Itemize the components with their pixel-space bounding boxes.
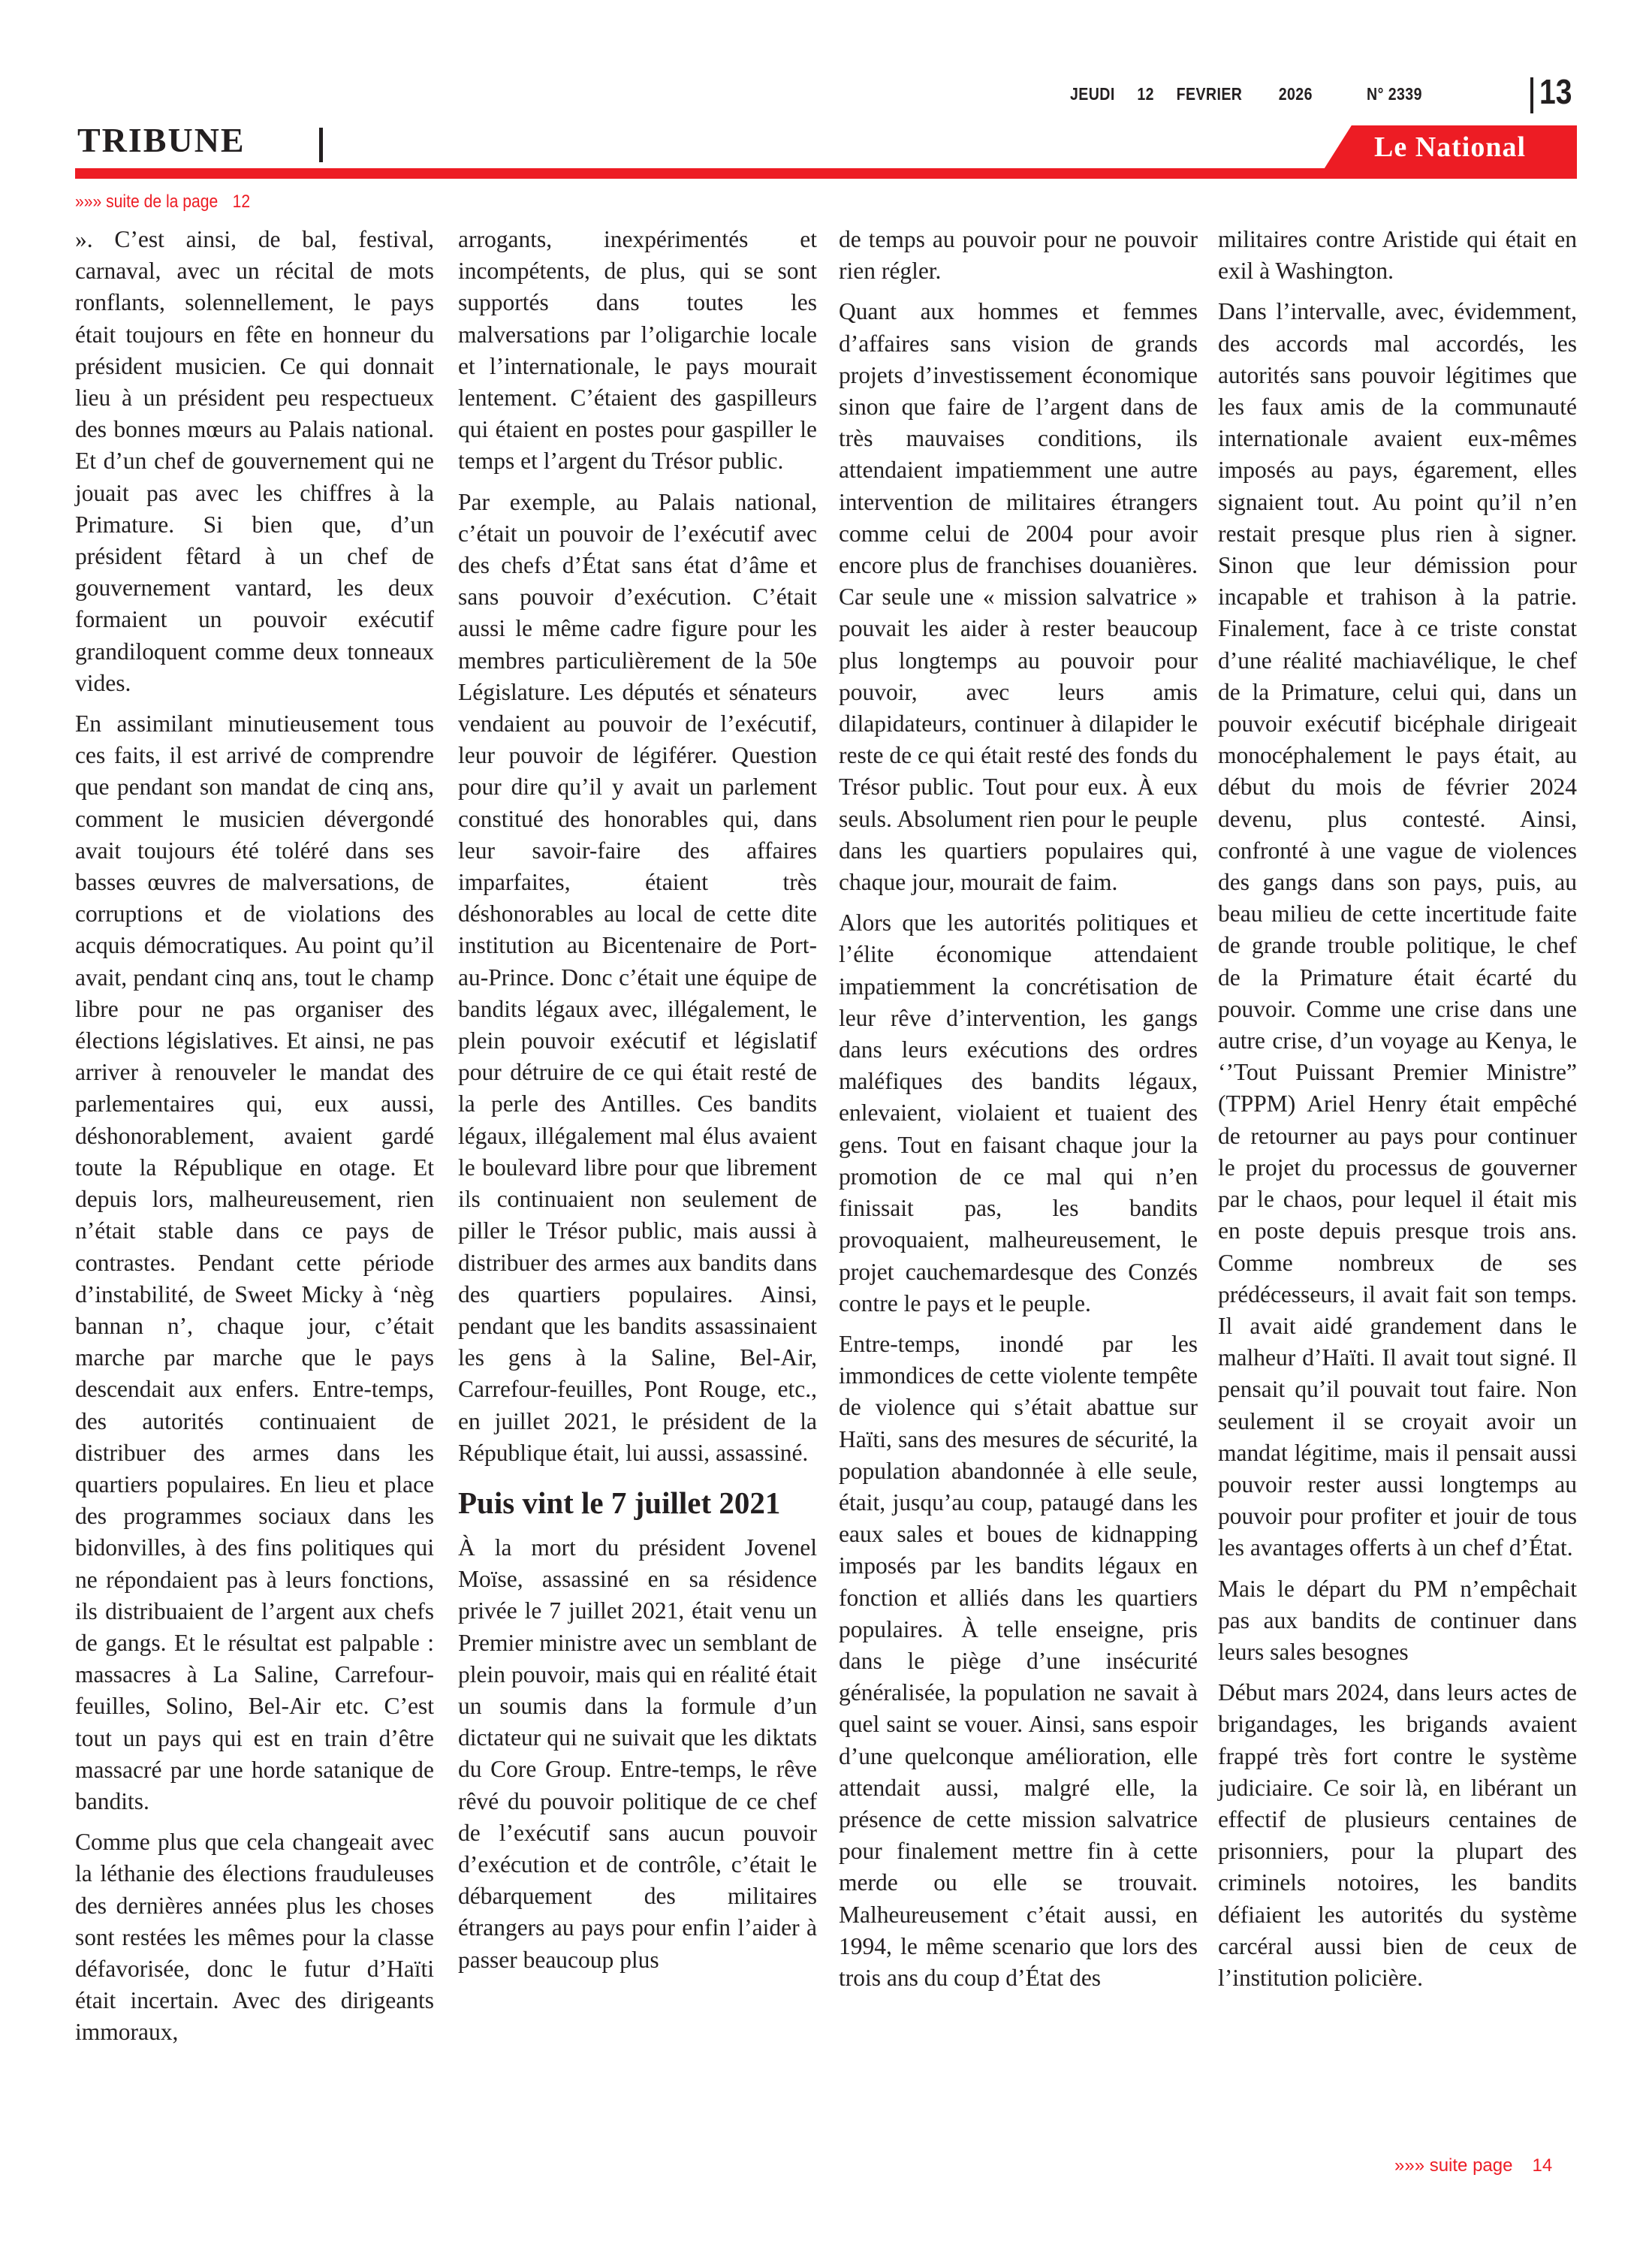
article-column-1: ». C’est ainsi, de bal, festival, carnav… bbox=[75, 224, 434, 2058]
continued-on-page: 14 bbox=[1532, 2155, 1552, 2176]
continued-from-label: »»» suite de la page bbox=[75, 192, 218, 212]
continued-on-label: »»» suite page bbox=[1394, 2155, 1512, 2176]
paragraph: ». C’est ainsi, de bal, festival, carnav… bbox=[75, 224, 434, 699]
page-number-divider bbox=[1530, 77, 1533, 113]
paragraph: Mais le départ du PM n’empêchait pas aux… bbox=[1218, 1573, 1577, 1669]
article-column-2: arrogants, inexpérimentés et incompétent… bbox=[458, 224, 817, 1985]
issue-day: JEUDI bbox=[1070, 84, 1115, 104]
article-column-4: militaires contre Aristide qui était en … bbox=[1218, 224, 1577, 2003]
paragraph: À la mort du président Jovenel Moïse, as… bbox=[458, 1532, 817, 1976]
issue-year: 2026 bbox=[1279, 84, 1313, 104]
paragraph: En assimilant minutieusement tous ces fa… bbox=[75, 708, 434, 1817]
paragraph: Entre-temps, inondé par les immondices d… bbox=[839, 1329, 1198, 1994]
paragraph: Dans l’intervalle, avec, évidemment, des… bbox=[1218, 296, 1577, 1564]
paragraph: Début mars 2024, dans leurs actes de bri… bbox=[1218, 1677, 1577, 1994]
issue-date-line: JEUDI 12 FEVRIER 2026 N° 2339 bbox=[1070, 84, 1440, 104]
section-title: TRIBUNE bbox=[77, 120, 246, 160]
paragraph: arrogants, inexpérimentés et incompétent… bbox=[458, 224, 817, 478]
issue-number: N° 2339 bbox=[1367, 84, 1422, 104]
article-column-3: de temps au pouvoir pour ne pouvoir rien… bbox=[839, 224, 1198, 2003]
page-number: 13 bbox=[1539, 71, 1572, 112]
continued-from-note: »»» suite de la page12 bbox=[75, 192, 250, 213]
issue-month: FEVRIER bbox=[1177, 84, 1243, 104]
issue-date: 12 bbox=[1137, 84, 1154, 104]
paragraph: militaires contre Aristide qui était en … bbox=[1218, 224, 1577, 287]
section-title-divider bbox=[319, 128, 323, 162]
continued-on-note[interactable]: »»» suite page14 bbox=[1394, 2155, 1552, 2176]
subheading: Puis vint le 7 juillet 2021 bbox=[458, 1484, 817, 1522]
paragraph: Quant aux hommes et femmes d’affaires sa… bbox=[839, 296, 1198, 898]
paragraph: de temps au pouvoir pour ne pouvoir rien… bbox=[839, 224, 1198, 287]
paragraph: Comme plus que cela changeait avec la lé… bbox=[75, 1826, 434, 2048]
paragraph: Par exemple, au Palais national, c’était… bbox=[458, 487, 817, 1469]
publication-name: Le National bbox=[1374, 131, 1526, 164]
paragraph: Alors que les autorités politiques et l’… bbox=[839, 907, 1198, 1320]
continued-from-page: 12 bbox=[233, 192, 250, 212]
